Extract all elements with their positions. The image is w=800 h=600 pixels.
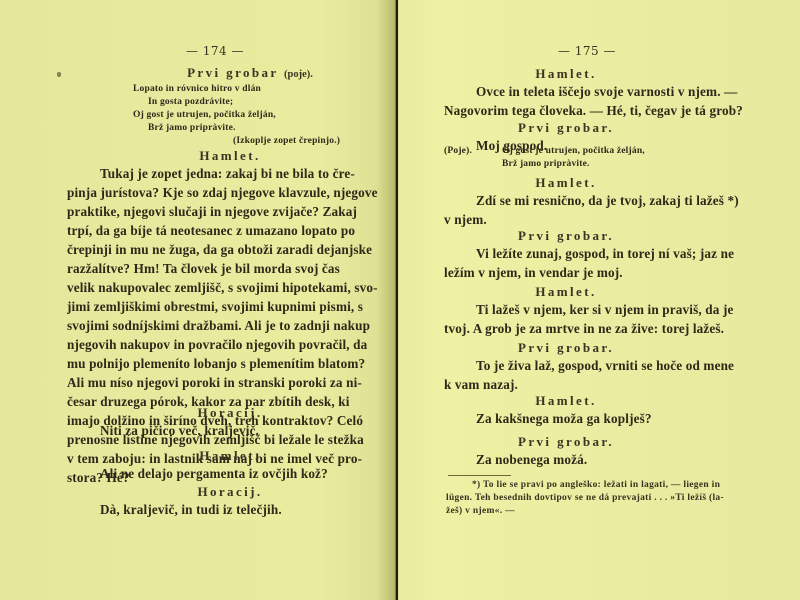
footnote-line: lügen. Teh besednih dovtipov se ne dá pr… (446, 493, 724, 503)
speaker-heading: Horacij. (130, 484, 330, 500)
speaker-heading: Hamlet. (130, 448, 330, 464)
speech-line: svojimi sodníjskimi dražbami. Ali je to … (67, 318, 370, 334)
speaker-heading: Prvi grobar (poje). (150, 65, 350, 81)
speech-line: črepinji in mu ne žuga, da ga obtoži zar… (67, 242, 372, 258)
speech-line: praktike, njegovi slučaji in njegove zvi… (67, 204, 357, 220)
stage-direction: (Izkoplje zopet črepinjo.) (233, 136, 340, 146)
speech-line: velik nakupovalec zemljišč, s svojimi hi… (67, 280, 378, 296)
speech-line: Za nobenega možá. (476, 452, 587, 468)
speaker-heading: Hamlet. (466, 393, 666, 409)
speaker-heading: Hamlet. (466, 66, 666, 82)
song-line: In gosta pozdrávite; (148, 97, 233, 107)
speech-line: ležím v njem, in vendar je moj. (444, 265, 623, 281)
speech-line: Nagovorim tega človeka. — Hé, ti, čegav … (444, 103, 743, 119)
book-spread: — 174 — Prvi grobar (poje). Lopato in ró… (0, 0, 800, 600)
speech-line: Ali ne delajo pergamenta iz ovčjih kož? (100, 466, 328, 482)
speaker-heading: Hamlet. (466, 175, 666, 191)
page-number: — 174 — (17, 44, 413, 58)
speech-line: jimi zemljiškimi obrestmi, svojimi kupni… (67, 299, 363, 315)
speech-line: Vi ležíte zunaj, gospod, in torej ní vaš… (476, 246, 734, 262)
speaker-heading: Prvi grobar. (466, 434, 666, 450)
speech-line: k vam nazaj. (444, 377, 518, 393)
song-line: Brž jamo pripràvite. (502, 159, 590, 169)
speech-line: Zdí se mi resnično, da je tvoj, zakaj ti… (476, 193, 739, 209)
speech-line: Tukaj je zopet jedna: zakaj bi ne bila t… (100, 166, 355, 182)
speech-line: tvoj. A grob je za mrtve in ne za žive: … (444, 321, 724, 337)
footnote-line: *) To lie se pravi po angleško: ležati i… (472, 480, 720, 490)
speech-line: Ali mu níso njegovi poroki in stranski p… (67, 375, 362, 391)
speech-line: mu polnijo plemeníto lobanjo s plemeníti… (67, 356, 365, 372)
speaker-heading: Prvi grobar. (466, 340, 666, 356)
song-line: Lopato in róvnico hitro v dlán (133, 84, 261, 94)
page-number: — 175 — (386, 44, 788, 58)
speech-line: trpí, da ga bíje tá neotesanec z umazano… (67, 223, 355, 239)
speaker-heading: Prvi grobar. (466, 120, 666, 136)
footnote-rule (448, 475, 511, 476)
stage-direction: (poje). (284, 69, 313, 80)
speech-line: razžalítve? Hm! Ta človek je bil morda s… (67, 261, 340, 277)
speech-line: Ovce in teleta iščejo svoje varnosti v n… (476, 84, 737, 100)
speaker-name: Prvi grobar (187, 65, 278, 80)
speech-line: Dà, kraljevič, in tudi iz telečjih. (100, 502, 282, 518)
song-line: Oj gost je utrujen, počitka želján, (133, 110, 276, 120)
stage-direction: (Poje). (444, 146, 472, 156)
speech-line: v njem. (444, 212, 487, 228)
speech-line: njegovih nakupov in povračilo njegovih p… (67, 337, 367, 353)
speech-line: Za kakšnega moža ga koplješ? (476, 411, 652, 427)
speaker-heading: Hamlet. (130, 148, 330, 164)
speech-line: Niti za pičico več, kraljevič. (100, 423, 259, 439)
speaker-heading: Hamlet. (466, 284, 666, 300)
speech-line: To je živa laž, gospod, vrniti se hoče o… (476, 358, 734, 374)
ink-speck (57, 72, 61, 77)
speech-line: pinja jurístova? Kje so zdaj njegove kla… (67, 185, 378, 201)
speech-line: Ti lažeš v njem, ker si v njem in praviš… (476, 302, 733, 318)
speaker-heading: Horacij. (130, 405, 330, 421)
footnote-line: žeš) v njem«. — (446, 506, 515, 516)
song-line: Brž jamo pripràvite. (148, 123, 236, 133)
speaker-heading: Prvi grobar. (466, 228, 666, 244)
song-line: Oj gost je utrujen, počitka želján, (502, 146, 645, 156)
